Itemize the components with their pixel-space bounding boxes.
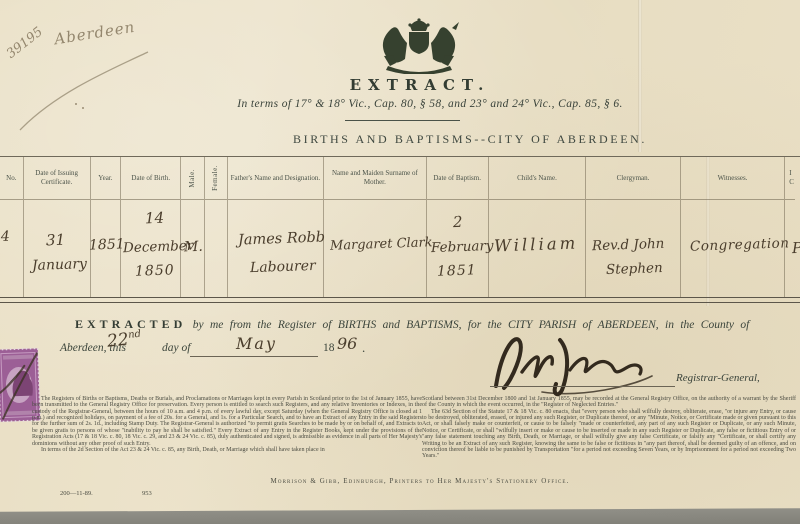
column-birth-date: Date of Birth. 14 December 1850 — [121, 157, 181, 298]
scan-backing-strip — [0, 508, 800, 524]
day-ordinal-suffix: nd — [128, 329, 142, 341]
handwritten-year: 96 — [337, 334, 357, 353]
form-code: 200—11-89. — [60, 490, 93, 497]
printed-year-prefix: 18 — [323, 342, 335, 354]
handwritten-day: 22nd — [106, 328, 142, 351]
column-female: Female. — [205, 157, 228, 298]
column-father: Father's Name and Designation. James Rob… — [228, 157, 325, 298]
royal-coat-of-arms-icon — [360, 14, 478, 74]
column-witnesses: Witnesses. Congregation — [681, 157, 785, 298]
column-header-witnesses: Witnesses. — [681, 157, 784, 200]
clergyman-name-line2: Stephen — [606, 260, 663, 278]
divider-rule — [345, 120, 460, 121]
column-header-issuing-date: Date of Issuing Certificate. — [24, 157, 90, 200]
document-title: EXTRACT. — [120, 76, 720, 94]
table-bottom-rule — [0, 297, 800, 303]
column-year: Year. 1851 — [91, 157, 122, 298]
column-header-clergyman: Clergyman. — [586, 157, 680, 200]
column-issuing-date: Date of Issuing Certificate. 31 January — [24, 157, 91, 298]
month-blank-line — [190, 356, 318, 357]
column-header-birth-date: Date of Birth. — [121, 157, 180, 200]
column-header-male: Male. — [181, 157, 204, 200]
register-table: No. 44 Date of Issuing Certificate. 31 J… — [0, 156, 800, 298]
column-male: Male. M. — [181, 157, 205, 298]
column-clipped-right: I C P — [785, 157, 800, 298]
column-no: No. 44 — [0, 157, 24, 298]
clergyman-name-line1: Rev.d John — [592, 236, 665, 255]
column-mother: Name and Maiden Surname of Mother. Marga… — [324, 157, 426, 298]
column-baptism-date: Date of Baptism. 2 February 1851 — [427, 157, 489, 298]
notes-right-paragraph-2: The 63d Section of the Statute 17 & 18 V… — [422, 409, 796, 460]
notes-left-paragraph-1: The Registers of Births or Baptisms, Dea… — [32, 396, 422, 447]
certification-line-1: EXTRACTED by me from the Register of BIR… — [75, 317, 797, 332]
child-name: William — [493, 234, 578, 256]
mother-name: Margaret Clark — [330, 235, 433, 254]
column-header-child-name: Child's Name. — [489, 157, 586, 200]
birth-day: 14 — [145, 209, 165, 228]
issuing-month: January — [31, 256, 86, 274]
clipped-cell-value: P — [792, 239, 800, 257]
witnesses-value: Congregation — [690, 235, 790, 254]
column-header-female: Female. — [205, 157, 227, 200]
sheet-number: 953 — [142, 490, 152, 497]
year-value: 1851 — [88, 236, 124, 253]
handwritten-month: May — [236, 334, 277, 353]
column-child-name: Child's Name. William — [489, 157, 587, 298]
column-header-clipped: I C — [785, 157, 795, 200]
day-of-label: day of — [162, 342, 190, 354]
printer-imprint: Morrison & Gibb, Edinburgh, Printers to … — [120, 477, 720, 485]
entry-number: 44 — [0, 229, 10, 246]
statute-citation: In terms of 17° & 18° Vic., Cap. 80, § 5… — [100, 98, 760, 110]
document-page: 39195 Aberdeen EXTRACT. In terms of 17° … — [0, 0, 800, 524]
column-header-baptism-date: Date of Baptism. — [427, 157, 488, 200]
registrar-general-title: Registrar-General, — [676, 372, 760, 384]
baptism-year: 1851 — [436, 262, 476, 279]
father-name: James Robb — [237, 229, 325, 248]
register-section-title: BIRTHS AND BAPTISMS--CITY OF ABERDEEN. — [140, 132, 800, 147]
issuing-day: 31 — [45, 231, 65, 250]
notes-right-paragraph-1: Scotland between 31st December 1800 and … — [422, 396, 796, 409]
column-header-mother: Name and Maiden Surname of Mother. — [324, 157, 425, 200]
baptism-day: 2 — [452, 213, 462, 231]
father-designation: Labourer — [249, 258, 315, 276]
column-header-father: Father's Name and Designation. — [228, 157, 324, 200]
signature-rule — [490, 386, 675, 387]
registrar-signature-scrawl-icon — [482, 328, 657, 398]
certification-line-1-text: by me from the Register of BIRTHS and BA… — [193, 319, 750, 331]
column-header-year: Year. — [91, 157, 121, 200]
notes-left-paragraph-2: In terms of the 2d Section of the Act 23… — [32, 447, 422, 453]
column-header-no: No. — [0, 157, 23, 200]
column-clergyman: Clergyman. Rev.d John Stephen — [586, 157, 681, 298]
male-mark: M. — [184, 239, 203, 256]
baptism-month: February — [430, 238, 493, 256]
legal-notes-left-column: The Registers of Births or Baptisms, Dea… — [32, 396, 422, 453]
sentence-period: . — [362, 340, 365, 356]
legal-notes-right-column: Scotland between 31st December 1800 and … — [422, 396, 796, 460]
birth-year: 1850 — [135, 262, 175, 279]
